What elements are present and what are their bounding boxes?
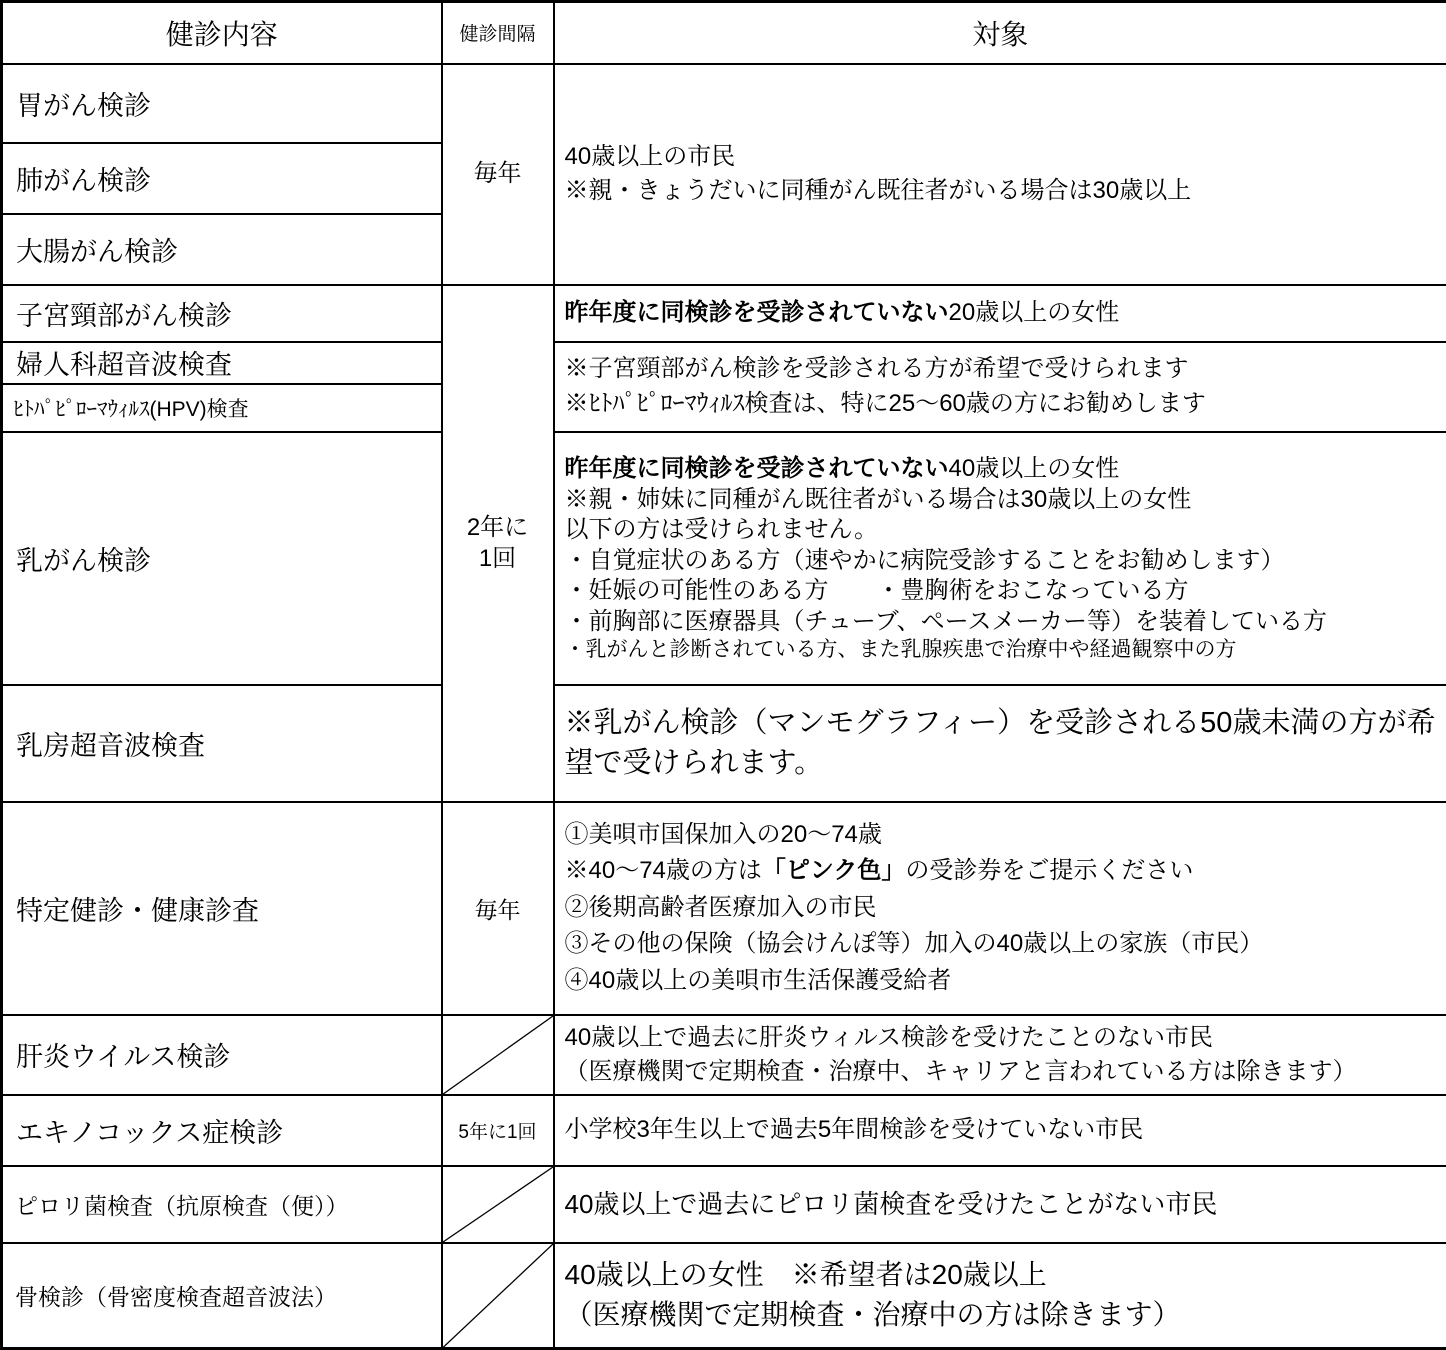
target-line: ・自覚症状のある方（速やかに病院受診することをお勧めします） xyxy=(565,546,1439,576)
row-bone-density: 骨検診（骨密度検査超音波法） 40歳以上の女性 ※希望者は20歳以上 （医療機関… xyxy=(2,1243,1446,1349)
cell-exam-colorectal: 大腸がん検診 xyxy=(2,214,442,285)
cell-target-breast-ultrasound: ※乳がん検診（マンモグラフィー）を受診される50歳未満の方が希望で受けられます。 xyxy=(554,685,1446,802)
target-line: ①美唄市国保加入の20～74歳 xyxy=(565,817,1439,853)
row-gyn-ultrasound: 婦人科超音波検査 ※子宮頸部がん検診を受診される方が希望で受けられます ※ﾋﾄﾊ… xyxy=(2,342,1446,384)
cell-exam-cervical: 子宮頸部がん検診 xyxy=(2,285,442,342)
target-line: （医療機関で定期検査・治療中の方は除きます） xyxy=(565,1295,1439,1336)
cell-target-cancer3: 40歳以上の市民 ※親・きょうだいに同種がん既往者がいる場合は30歳以上 xyxy=(554,64,1446,285)
target-line: 40歳以上の女性 ※希望者は20歳以上 xyxy=(565,1255,1439,1296)
header-interval: 健診間隔 xyxy=(442,2,554,64)
target-emphasis: 「ピンク色」 xyxy=(762,857,906,884)
target-line: ③その他の保険（協会けんぽ等）加入の40歳以上の家族（市民） xyxy=(565,926,1439,962)
target-line: ※ﾋﾄﾊﾟﾋﾟﾛｰﾏｳｨﾙｽ検査は、特に25～60歳の方にお勧めします xyxy=(565,387,1439,421)
cell-exam-breast-ultrasound: 乳房超音波検査 xyxy=(2,685,442,802)
cell-exam-hepatitis: 肝炎ウイルス検診 xyxy=(2,1015,442,1095)
cell-target-pylori: 40歳以上で過去にピロリ菌検査を受けたことがない市民 xyxy=(554,1166,1446,1243)
target-line: 40歳以上で過去に肝炎ウィルス検診を受けたことのない市民 xyxy=(565,1021,1439,1055)
target-emphasis: 昨年度に同検診を受診されていない xyxy=(565,455,949,482)
cell-interval-biennial: 2年に 1回 xyxy=(442,285,554,802)
target-text: の受診券をご提示ください xyxy=(905,857,1193,884)
cell-exam-bone: 骨検診（骨密度検査超音波法） xyxy=(2,1243,442,1349)
diagonal-line xyxy=(443,1244,553,1348)
cell-target-bone: 40歳以上の女性 ※希望者は20歳以上 （医療機関で定期検査・治療中の方は除きま… xyxy=(554,1243,1446,1349)
target-line: ※40～74歳の方は「ピンク色」の受診券をご提示ください xyxy=(565,853,1439,889)
row-cervical-cancer: 子宮頸部がん検診 2年に 1回 昨年度に同検診を受診されていない20歳以上の女性 xyxy=(2,285,1446,342)
cell-exam-hpv: ﾋﾄﾊﾟﾋﾟﾛｰﾏｳｨﾙｽ(HPV)検査 xyxy=(2,384,442,432)
health-checkup-table: 健診内容 健診間隔 対象 胃がん検診 毎年 40歳以上の市民 ※親・きょうだいに… xyxy=(0,0,1446,1350)
header-exam-content: 健診内容 xyxy=(2,2,442,64)
target-text: 20歳以上の女性 xyxy=(949,299,1120,326)
cell-interval-blank-pylori xyxy=(442,1166,554,1243)
diagonal-line xyxy=(443,1016,553,1094)
cell-interval-blank-hepatitis xyxy=(442,1015,554,1095)
target-line: ※親・きょうだいに同種がん既往者がいる場合は30歳以上 xyxy=(565,174,1439,208)
cell-interval-yearly-tokutei: 毎年 xyxy=(442,802,554,1015)
cell-exam-tokutei: 特定健診・健康診査 xyxy=(2,802,442,1015)
cell-target-tokutei: ①美唄市国保加入の20～74歳 ※40～74歳の方は「ピンク色」の受診券をご提示… xyxy=(554,802,1446,1015)
target-line: ※親・姉妹に同種がん既往者がいる場合は30歳以上の女性 xyxy=(565,485,1439,515)
cell-target-echinococcus: 小学校3年生以上で過去5年間検診を受けていない市民 xyxy=(554,1095,1446,1166)
cell-exam-pylori: ピロリ菌検査（抗原検査（便）） xyxy=(2,1166,442,1243)
cell-target-cervical: 昨年度に同検診を受診されていない20歳以上の女性 xyxy=(554,285,1446,342)
cell-interval-blank-bone xyxy=(442,1243,554,1349)
cell-interval-yearly-cancer: 毎年 xyxy=(442,64,554,285)
target-line: ・妊娠の可能性のある方 ・豊胸術をおこなっている方 xyxy=(565,576,1439,606)
target-line: ②後期高齢者医療加入の市民 xyxy=(565,890,1439,926)
target-text: ※40～74歳の方は xyxy=(565,857,762,884)
target-line: 40歳以上の市民 xyxy=(565,140,1439,174)
target-line: 昨年度に同検診を受診されていない20歳以上の女性 xyxy=(565,296,1439,330)
cell-target-breast: 昨年度に同検診を受診されていない40歳以上の女性 ※親・姉妹に同種がん既往者がい… xyxy=(554,432,1446,685)
cell-interval-five-years: 5年に1回 xyxy=(442,1095,554,1166)
cell-target-hepatitis: 40歳以上で過去に肝炎ウィルス検診を受けたことのない市民 （医療機関で定期検査・… xyxy=(554,1015,1446,1095)
row-tokutei-kenshin: 特定健診・健康診査 毎年 ①美唄市国保加入の20～74歳 ※40～74歳の方は「… xyxy=(2,802,1446,1015)
cell-exam-stomach: 胃がん検診 xyxy=(2,64,442,143)
row-pylori-test: ピロリ菌検査（抗原検査（便）） 40歳以上で過去にピロリ菌検査を受けたことがない… xyxy=(2,1166,1446,1243)
header-row: 健診内容 健診間隔 対象 xyxy=(2,2,1446,64)
diagonal-line xyxy=(443,1167,553,1242)
target-line: （医療機関で定期検査・治療中、キャリアと言われている方は除きます） xyxy=(565,1055,1439,1089)
cell-exam-breast: 乳がん検診 xyxy=(2,432,442,685)
target-line: ※子宮頸部がん検診を受診される方が希望で受けられます xyxy=(565,352,1439,386)
target-line: ・乳がんと診断されている方、また乳腺疾患で治療中や経過観察中の方 xyxy=(565,637,1439,664)
row-echinococcus: エキノコックス症検診 5年に1回 小学校3年生以上で過去5年間検診を受けていない… xyxy=(2,1095,1446,1166)
row-breast-cancer: 乳がん検診 昨年度に同検診を受診されていない40歳以上の女性 ※親・姉妹に同種が… xyxy=(2,432,1446,685)
cell-exam-gyn-ultrasound: 婦人科超音波検査 xyxy=(2,342,442,384)
target-line: 昨年度に同検診を受診されていない40歳以上の女性 xyxy=(565,454,1439,484)
target-emphasis: 昨年度に同検診を受診されていない xyxy=(565,299,949,326)
header-target: 対象 xyxy=(554,2,1446,64)
cell-target-gyn-hpv: ※子宮頸部がん検診を受診される方が希望で受けられます ※ﾋﾄﾊﾟﾋﾟﾛｰﾏｳｨﾙ… xyxy=(554,342,1446,432)
row-hepatitis-virus: 肝炎ウイルス検診 40歳以上で過去に肝炎ウィルス検診を受けたことのない市民 （医… xyxy=(2,1015,1446,1095)
cell-exam-echinococcus: エキノコックス症検診 xyxy=(2,1095,442,1166)
cell-exam-lung: 肺がん検診 xyxy=(2,143,442,214)
target-line: 以下の方は受けられません。 xyxy=(565,515,1439,545)
target-text: 40歳以上の女性 xyxy=(949,455,1120,482)
row-breast-ultrasound: 乳房超音波検査 ※乳がん検診（マンモグラフィー）を受診される50歳未満の方が希望… xyxy=(2,685,1446,802)
interval-line: 1回 xyxy=(443,543,553,574)
interval-line: 2年に xyxy=(443,512,553,543)
target-line: ④40歳以上の美唄市生活保護受給者 xyxy=(565,963,1439,999)
target-line: ・前胸部に医療器具（チューブ、ペースメーカー等）を装着している方 xyxy=(565,607,1439,637)
row-stomach-cancer: 胃がん検診 毎年 40歳以上の市民 ※親・きょうだいに同種がん既往者がいる場合は… xyxy=(2,64,1446,143)
